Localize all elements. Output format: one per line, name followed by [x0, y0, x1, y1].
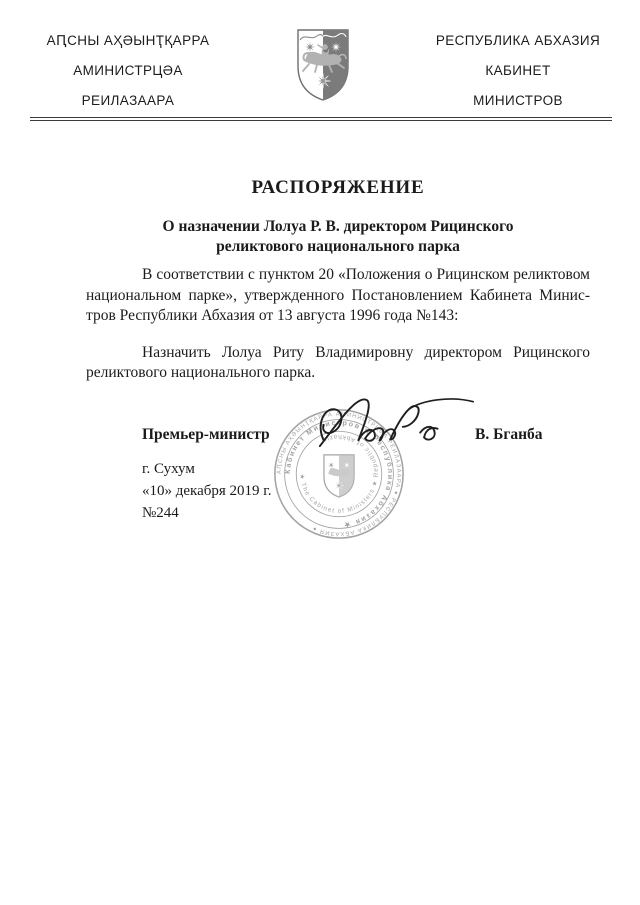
resolution-line2: реликтового национального парка.	[86, 363, 590, 384]
coat-of-arms-icon	[244, 26, 402, 102]
letterhead-russian-line1: РЕСПУБЛИКА АБХАЗИЯ	[402, 26, 634, 56]
signature-svg	[316, 391, 480, 451]
document-number: №244	[142, 505, 179, 522]
seal-center-emblem	[324, 455, 354, 497]
coat-of-arms-svg	[295, 28, 351, 102]
preamble-line1: В соответствии с пунктом 20 «Положения о…	[86, 265, 590, 286]
letterhead-russian: РЕСПУБЛИКА АБХАЗИЯ КАБИНЕТ МИНИСТРОВ	[402, 26, 634, 116]
signer-position: Премьер-министр	[142, 426, 270, 444]
letterhead-russian-line3: МИНИСТРОВ	[402, 86, 634, 116]
preamble-line2: национальном парке», утвержденного Поста…	[86, 286, 590, 307]
signer-name: В. Бганба	[475, 426, 543, 444]
resolution-line1: Назначить Лолуа Риту Владимировну директ…	[86, 343, 590, 364]
document-page: АԤСНЫ АҲӘЫНҬҚАРРА АМИНИСТРЦӘА РЕИЛАЗААРА	[0, 0, 640, 905]
letterhead-russian-line2: КАБИНЕТ	[402, 56, 634, 86]
preamble-line3: тров Республики Абхазия от 13 августа 19…	[86, 306, 590, 327]
handwritten-signature	[316, 391, 480, 451]
document-subject: О назначении Лолуа Р. В. директором Рици…	[86, 217, 590, 256]
document-title: РАСПОРЯЖЕНИЕ	[86, 177, 590, 199]
letterhead-abkhaz-line1: АԤСНЫ АҲӘЫНҬҚАРРА	[12, 26, 244, 56]
letterhead: АԤСНЫ АҲӘЫНҬҚАРРА АМИНИСТРЦӘА РЕИЛАЗААРА	[0, 0, 640, 116]
paragraph-resolution: Назначить Лолуа Риту Владимировну директ…	[86, 343, 590, 384]
letterhead-abkhaz-line3: РЕИЛАЗААРА	[12, 86, 244, 116]
letterhead-divider	[30, 117, 612, 121]
subject-line2: реликтового национального парка	[86, 237, 590, 257]
paragraph-preamble: В соответствии с пунктом 20 «Положения о…	[86, 265, 590, 327]
document-date: «10» декабря 2019 г.	[142, 483, 272, 500]
document-body: РАСПОРЯЖЕНИЕ О назначении Лолуа Р. В. ди…	[86, 177, 590, 384]
letterhead-abkhaz-line2: АМИНИСТРЦӘА	[12, 56, 244, 86]
letterhead-abkhaz: АԤСНЫ АҲӘЫНҬҚАРРА АМИНИСТРЦӘА РЕИЛАЗААРА	[12, 26, 244, 116]
document-place: г. Сухум	[142, 461, 195, 478]
subject-line1: О назначении Лолуа Р. В. директором Рици…	[86, 217, 590, 237]
